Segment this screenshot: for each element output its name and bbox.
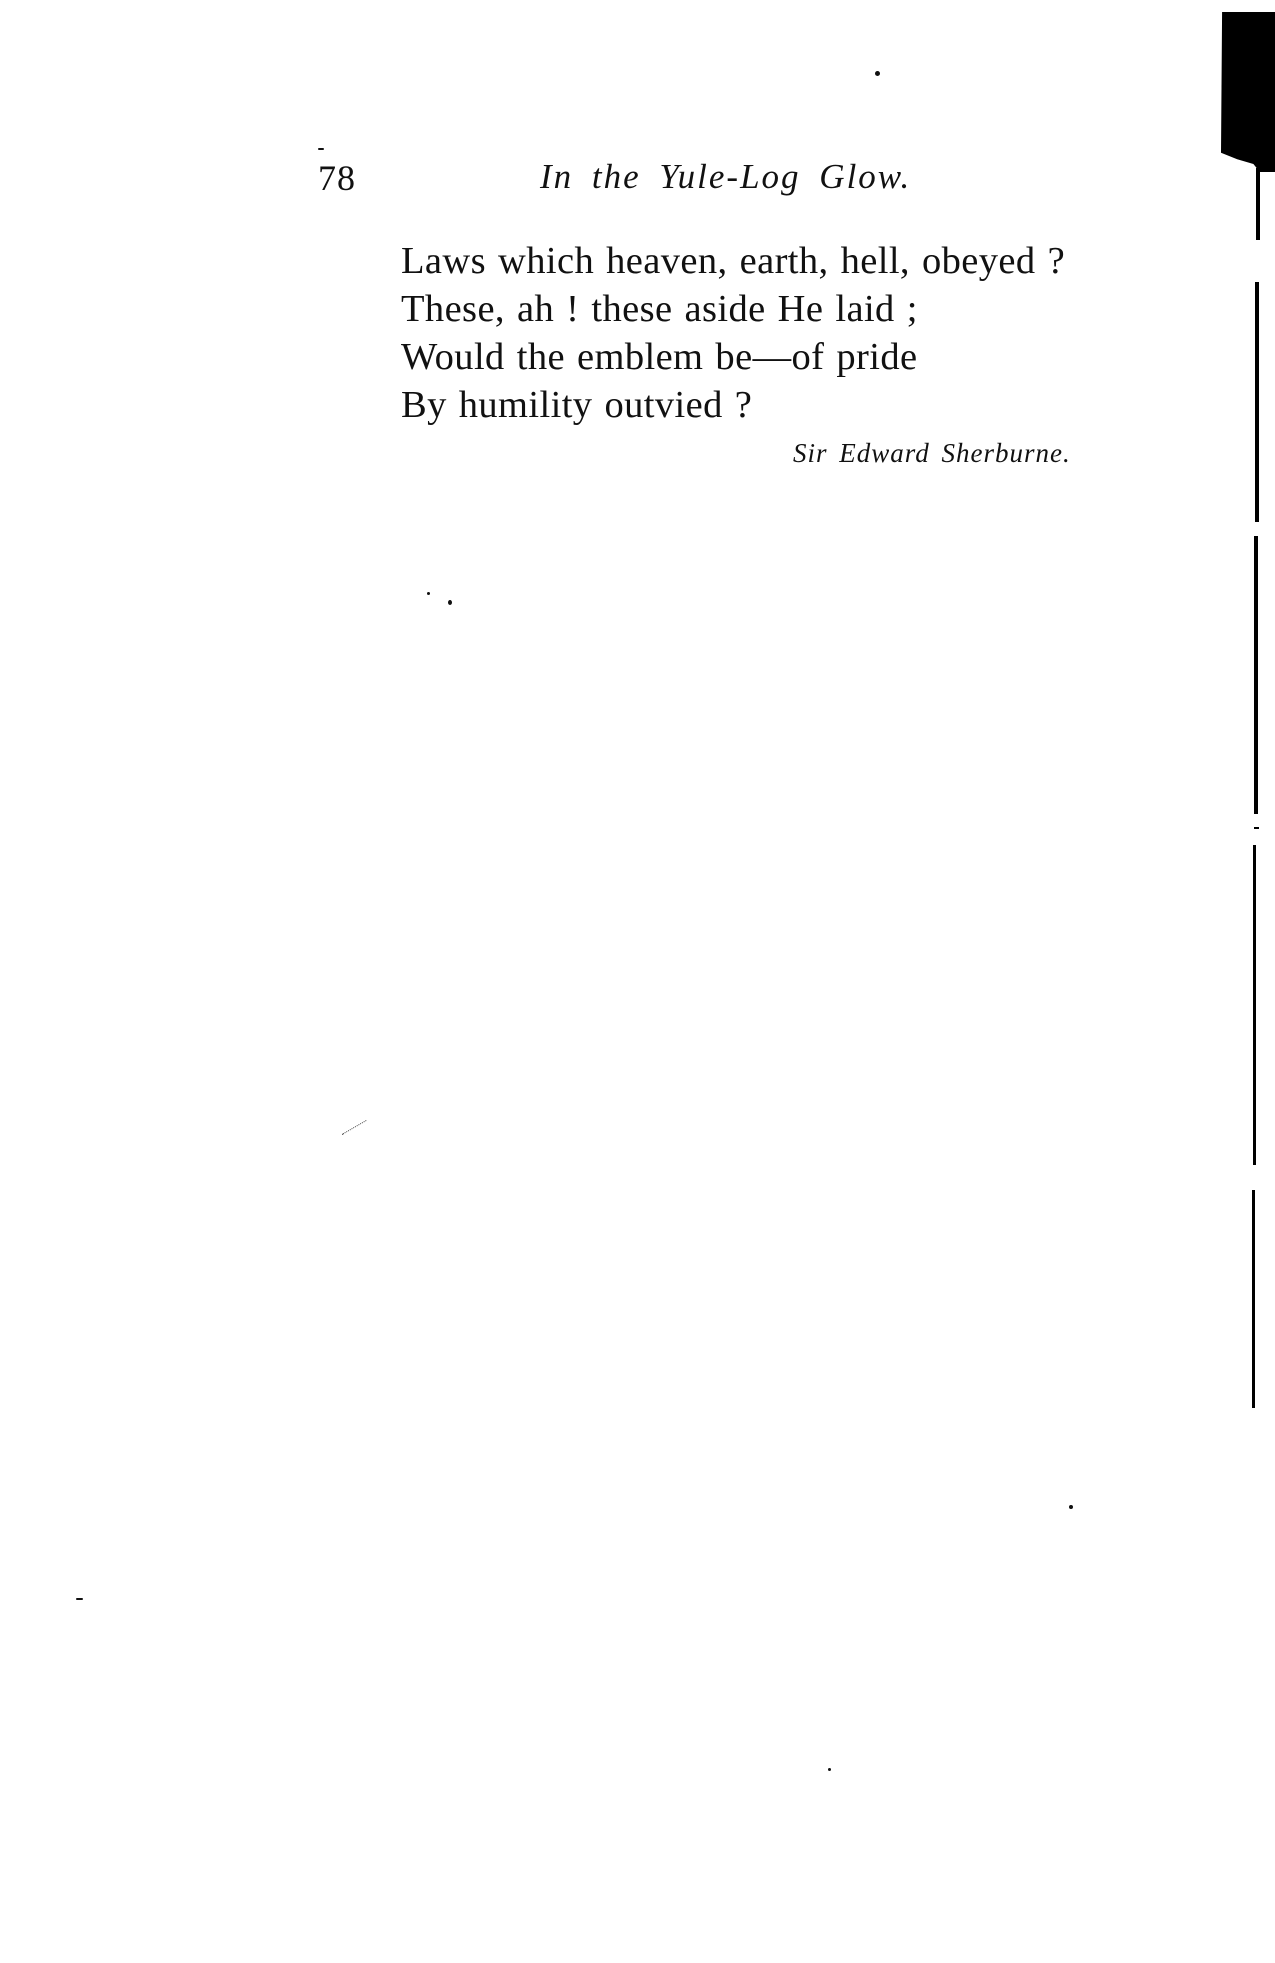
poem-line: Laws which heaven, earth, hell, obeyed ? xyxy=(401,237,1065,285)
poem-stanza: Laws which heaven, earth, hell, obeyed ?… xyxy=(401,237,1065,429)
running-head-title: In the Yule-Log Glow. xyxy=(540,157,911,197)
binding-edge-line xyxy=(1252,1190,1255,1408)
scan-speck xyxy=(427,592,430,595)
scan-mark xyxy=(342,1120,367,1135)
poem-attribution: Sir Edward Sherburne. xyxy=(793,437,1071,469)
scan-speck xyxy=(875,71,880,76)
book-page: 78 In the Yule-Log Glow. Laws which heav… xyxy=(0,0,1275,1963)
binding-shadow xyxy=(1221,12,1275,172)
scan-speck xyxy=(448,600,452,605)
binding-edge-line xyxy=(1254,536,1258,814)
scan-speck xyxy=(828,1768,831,1771)
poem-line: Would the emblem be—of pride xyxy=(401,333,1065,381)
page-number: 78 xyxy=(318,158,356,198)
binding-edge-line xyxy=(1255,282,1259,522)
poem-line: By humility outvied ? xyxy=(401,381,1065,429)
binding-edge-line xyxy=(1256,168,1260,240)
binding-edge-line xyxy=(1254,827,1259,829)
poem-line: These, ah ! these aside He laid ; xyxy=(401,285,1065,333)
binding-edge-line xyxy=(1253,845,1256,1165)
scan-speck xyxy=(76,1598,83,1600)
scan-speck xyxy=(1069,1505,1073,1509)
scan-speck xyxy=(318,148,324,150)
